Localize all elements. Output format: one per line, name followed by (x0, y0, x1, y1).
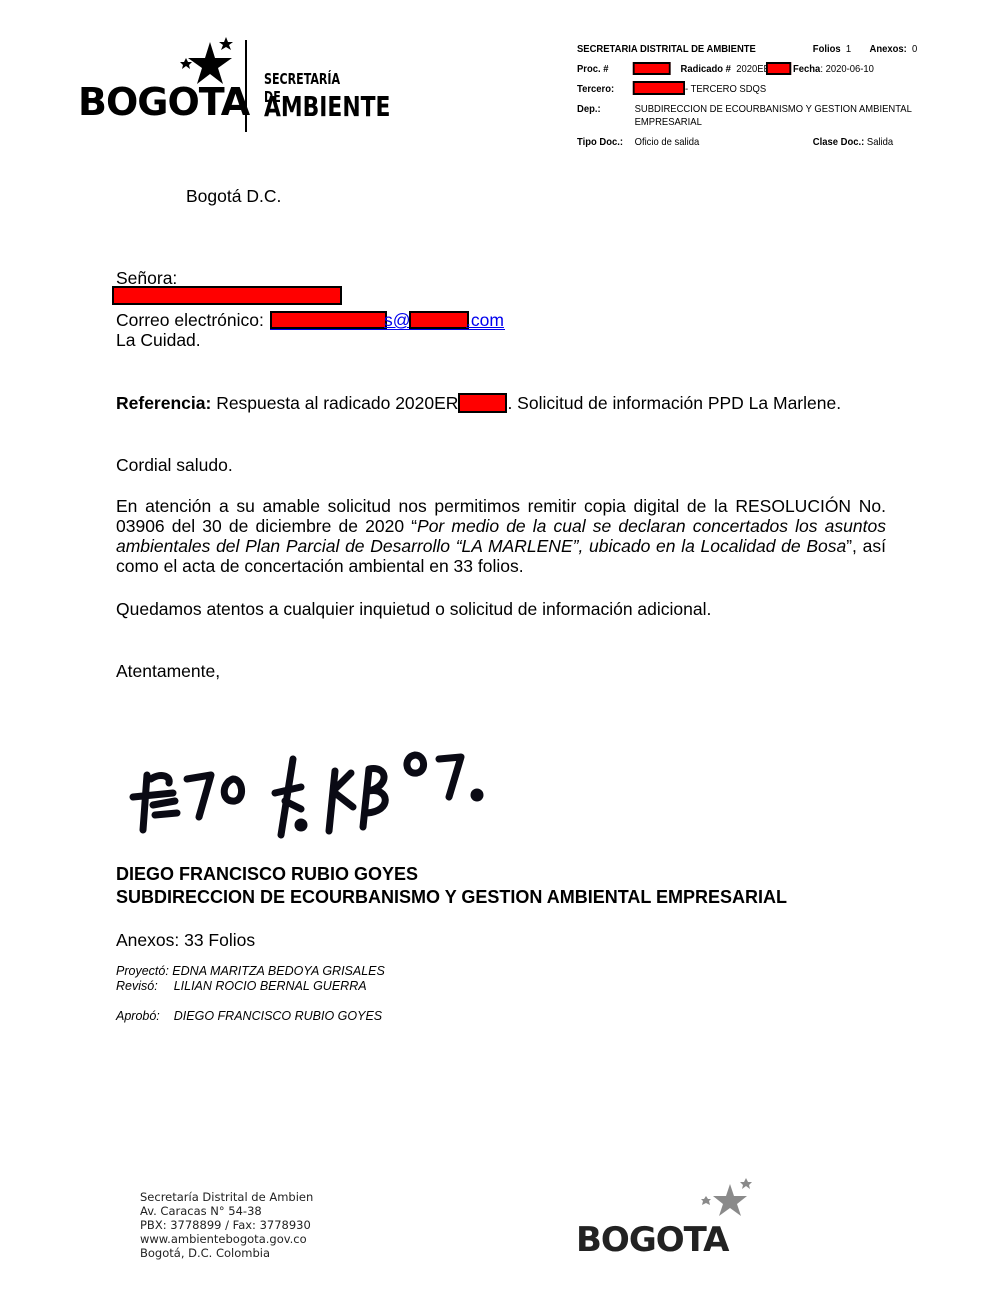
reviso-value: LILIAN ROCIO BERNAL GUERRA (174, 979, 367, 993)
dep-value-line1: SUBDIRECCION DE ECOURBANISMO Y GESTION A… (635, 103, 912, 115)
anexos-value: 0 (912, 43, 917, 55)
paragraph-1: En atención a su amable solicitud nos pe… (116, 496, 886, 576)
dep-label: Dep.: (577, 103, 601, 115)
folios-label: Folios (813, 43, 841, 55)
folios-value: 1 (846, 43, 851, 55)
clase-doc-value: Salida (867, 136, 893, 148)
logo-secretaria-line2: AMBIENTE (264, 90, 390, 123)
aprobo-line: Aprobó:DIEGO FRANCISCO RUBIO GOYES (116, 1009, 382, 1024)
aprobo-value: DIEGO FRANCISCO RUBIO GOYES (174, 1009, 382, 1023)
aprobo-label: Aprobó: (116, 1009, 160, 1023)
signer-department: SUBDIRECCION DE ECOURBANISMO Y GESTION A… (116, 887, 787, 908)
clase-doc-label: Clase Doc.: (813, 136, 864, 148)
signer-name: DIEGO FRANCISCO RUBIO GOYES (116, 864, 418, 885)
tipo-doc-value: Oficio de salida (635, 136, 700, 148)
proyecto-line: Proyectó: EDNA MARITZA BEDOYA GRISALES (116, 964, 385, 979)
tipo-doc-label: Tipo Doc.: (577, 136, 623, 148)
annexes: Anexos: 33 Folios (116, 930, 255, 950)
footer-line-city: Bogotá, D.C. Colombia (140, 1246, 340, 1260)
radicado-label: Radicado # (681, 63, 731, 75)
redacted-reference-number (458, 393, 507, 413)
tercero-value: - TERCERO SDQS (685, 83, 766, 95)
radicado-prefix: 2020EE (736, 63, 770, 75)
reference-text-after: . Solicitud de información PPD La Marlen… (507, 393, 841, 413)
footer-address: Secretaría Distrital de Ambien Av. Carac… (140, 1190, 340, 1260)
footer-line-org: Secretaría Distrital de Ambien (140, 1190, 340, 1204)
tercero-label: Tercero: (577, 83, 614, 95)
email-underline (270, 329, 505, 330)
redacted-radicado (766, 62, 791, 75)
salutation-label: Señora: (116, 268, 177, 288)
redacted-recipient-name (112, 286, 342, 305)
signature-image (125, 735, 505, 845)
redacted-email-domain (409, 311, 469, 329)
org-name: SECRETARIA DISTRITAL DE AMBIENTE (577, 43, 756, 55)
logo-divider (245, 40, 247, 132)
footer-logo-city-text: BOGOTA (576, 1222, 729, 1258)
footer-stars-icon (696, 1178, 756, 1223)
fecha-value: : 2020-06-10 (820, 63, 874, 75)
reference-label: Referencia: (116, 393, 211, 413)
email-fragment-at[interactable]: s@ (384, 310, 411, 330)
greeting: Cordial saludo. (116, 455, 233, 475)
proyecto-value: EDNA MARITZA BEDOYA GRISALES (172, 964, 385, 978)
reference-line: Referencia: Respuesta al radicado 2020ER… (116, 393, 841, 413)
proc-label: Proc. # (577, 63, 609, 75)
city-line: La Cuidad. (116, 330, 201, 350)
dep-value-line2: EMPRESARIAL (635, 116, 702, 128)
redacted-proc (633, 62, 671, 75)
proyecto-label: Proyectó: (116, 964, 169, 978)
footer-line-address: Av. Caracas N° 54-38 (140, 1204, 340, 1218)
footer-line-website: www.ambientebogota.gov.co (140, 1232, 340, 1246)
redacted-email-user (270, 311, 387, 329)
paragraph-2: Quedamos atentos a cualquier inquietud o… (116, 599, 711, 619)
email-label: Correo electrónico: (116, 310, 264, 330)
footer-line-phone: PBX: 3778899 / Fax: 3778930 (140, 1218, 340, 1232)
fecha-label: Fecha (793, 63, 820, 75)
redacted-tercero (633, 81, 685, 95)
footer-logo: BOGOTA (576, 1178, 766, 1273)
closing: Atentamente, (116, 661, 220, 681)
anexos-label: Anexos: (870, 43, 907, 55)
reference-text-before: Respuesta al radicado 2020ER (211, 393, 458, 413)
place-line: Bogotá D.C. (186, 186, 281, 206)
reviso-label: Revisó: (116, 979, 158, 993)
email-line: Correo electrónico: (116, 310, 264, 330)
logo-city-text: BOGOTA (78, 82, 249, 122)
reviso-line: Revisó:LILIAN ROCIO BERNAL GUERRA (116, 979, 367, 994)
email-fragment-com[interactable]: .com (466, 310, 504, 330)
header-logo: BOGOTA SECRETARÍA DE AMBIENTE (78, 36, 378, 136)
